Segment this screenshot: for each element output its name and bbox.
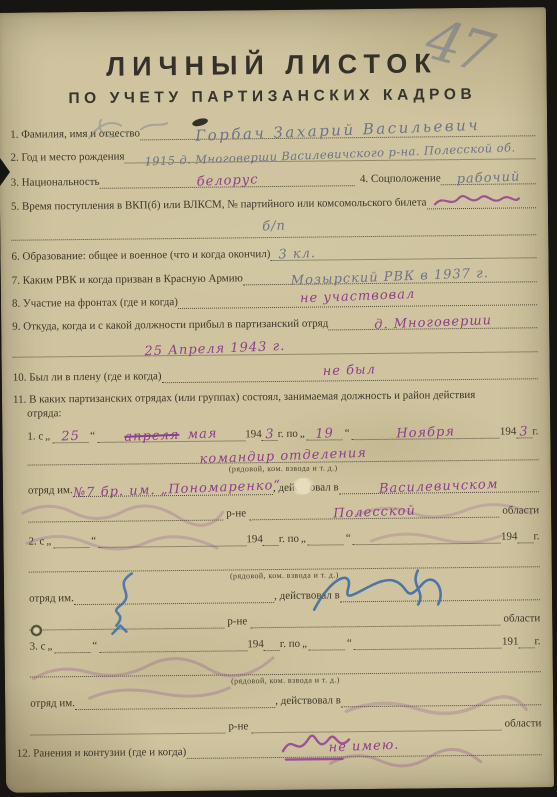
handwritten-day: 25 <box>61 430 80 444</box>
unit-row-dates: 3. с „ “ 194 г. по „ “ 191 г. <box>29 634 540 653</box>
handwritten-value: Мозырский РВК в 1937 г. <box>291 267 490 288</box>
handwritten-value: б/п <box>262 220 286 234</box>
field-party-line: 5. Время поступления в ВКП(б) или ВЛКСМ,… <box>11 194 536 213</box>
field-label: 2. Год и место рождения <box>10 151 124 165</box>
printed-text: г. <box>534 635 540 648</box>
handwritten-year-digit: 3 <box>519 425 529 438</box>
quote-mark: „ <box>44 535 53 548</box>
printed-text: , действовал в <box>273 481 339 495</box>
printed-year-prefix: 194 <box>500 425 517 438</box>
handwritten-value: 1915 д. Многоверши Василевичского р-на. … <box>144 141 515 168</box>
field-arrival-line: 9. Откуда, когда и с какой должности при… <box>12 314 537 333</box>
printed-text: отряд им. <box>29 592 74 605</box>
row-number: 1. с <box>27 430 43 443</box>
field-fronts-line: 8. Участие на фронтах (где и когда) не у… <box>12 291 537 310</box>
printed-text: г. <box>533 530 539 543</box>
printed-text: г. по <box>279 533 299 546</box>
field-captivity-line: 10. Был ли в плену (где и когда) не был <box>13 365 538 384</box>
unit-row-dates: 1. с „ 25 “ апрелямая 194 3 г. по „ 19 “… <box>27 424 538 443</box>
quote-mark: „ <box>300 638 309 651</box>
field-wounds-line: 12. Ранения и контузии (где и когда) не … <box>17 741 542 760</box>
handwritten-unit: №7 бр. им. „Пономаренко“ <box>73 479 282 500</box>
printed-year-prefix: 191 <box>502 635 519 648</box>
field-party-continuation: б/п <box>11 221 536 240</box>
quote-mark: “ <box>89 535 98 548</box>
handwritten-region: Полесской <box>333 504 416 520</box>
unit-row-detachment: отряд им. , действовал в <box>30 691 541 710</box>
handwritten-value: 25 Апреля 1943 г. <box>144 340 285 358</box>
printed-year-prefix: 194 <box>246 533 263 546</box>
field-label: 7. Каким РВК и когда призван в Красную А… <box>12 272 243 287</box>
printed-text: области <box>502 717 542 730</box>
handwritten-value: Горбач Захарий Васильевич <box>195 119 480 143</box>
printed-year-prefix: 194 <box>245 428 262 441</box>
printed-text: р-не <box>225 720 251 733</box>
handwritten-value: не участвовал <box>299 288 415 305</box>
quote-mark: “ <box>343 427 352 440</box>
printed-text: р-не <box>223 507 249 520</box>
printed-text: области <box>500 612 540 625</box>
handwritten-month: мая <box>187 426 218 442</box>
field-name-line: 1. Фамилия, имя и отчество Горбач Захари… <box>10 122 535 141</box>
field-units-heading: 11. В каких партизанских отрядах (или гр… <box>13 388 538 420</box>
form-paper: ЛИЧНЫЙ ЛИСТОК ПО УЧЕТУ ПАРТИЗАНСКИХ КАДР… <box>0 7 554 793</box>
form-title: ЛИЧНЫЙ ЛИСТОК <box>9 47 534 83</box>
row-number: 3. с <box>30 640 46 653</box>
handwritten-value: не имею. <box>328 739 399 755</box>
printed-text: г. по <box>280 638 300 651</box>
quote-mark: „ <box>298 428 307 441</box>
handwritten-value: д. Многоверши <box>374 314 492 332</box>
field-label: 9. Откуда, когда и с какой должности при… <box>12 317 328 333</box>
field-rvk-line: 7. Каким РВК и когда призван в Красную А… <box>12 268 537 287</box>
quote-mark: „ <box>43 430 52 443</box>
unit-row-dates: 2. с „ “ 194 г. по „ “ 194 г. <box>28 529 539 548</box>
unit-row-detachment: отряд им. , действовал в <box>29 586 540 605</box>
quote-mark: “ <box>345 637 354 650</box>
unit-row-detachment: отряд им. №7 бр. им. „Пономаренко“ , дей… <box>28 478 539 497</box>
printed-text: р-не <box>224 615 250 628</box>
printed-text: , действовал в <box>274 589 340 603</box>
field-label: 5. Время поступления в ВКП(б) или ВЛКСМ,… <box>11 196 427 213</box>
printed-text: отряд им. <box>28 484 73 497</box>
field-label: 6. Образование: общее и военное (что и к… <box>11 248 270 264</box>
quote-mark: “ <box>90 640 99 653</box>
quote-mark: „ <box>299 533 308 546</box>
quote-mark: “ <box>88 430 97 443</box>
printed-year-prefix: 194 <box>247 638 264 651</box>
handwritten-value: не был <box>323 363 377 378</box>
quote-mark: „ <box>45 640 54 653</box>
handwritten-value: белорус <box>196 173 258 188</box>
printed-text: отряд им. <box>30 697 75 710</box>
field-education-line: 6. Образование: общее и военное (что и к… <box>11 244 536 263</box>
field-birth-line: 2. Год и место рождения 1915 д. Многовер… <box>10 145 535 164</box>
handwritten-area: Василевичском <box>379 478 499 496</box>
field-label: 3. Национальность <box>11 176 100 190</box>
printed-text: г. <box>532 425 538 438</box>
handwritten-value: 3 кл. <box>278 247 316 261</box>
field-label: 8. Участие на фронтах (где и когда) <box>12 296 178 311</box>
printed-text: области <box>499 504 539 517</box>
field-label: 1. Фамилия, имя и отчество <box>10 127 140 141</box>
field-arrival-continuation: 25 Апреля 1943 г. <box>12 338 537 357</box>
unit-row-region: р-не Полесской области <box>28 503 539 522</box>
handwritten-value: рабочий <box>456 171 520 186</box>
unit-row-region: р-не области <box>29 611 540 630</box>
unit-row-region: р-не области <box>30 716 541 735</box>
handwritten-month-struck: апреля <box>124 428 180 445</box>
handwritten-day: 19 <box>315 427 334 441</box>
handwritten-month: Ноября <box>396 425 455 440</box>
form-subtitle: ПО УЧЕТУ ПАРТИЗАНСКИХ КАДРОВ <box>10 85 535 108</box>
field-label: 12. Ранения и контузии (где и когда) <box>17 746 187 761</box>
field-nationality-line: 3. Национальность белорус 4. Соцположени… <box>11 170 536 189</box>
printed-text: , действовал в <box>275 694 341 708</box>
printed-text: г. по <box>278 428 298 441</box>
field-label: 10. Был ли в плену (где и когда) <box>13 370 162 385</box>
field-label: 4. Соцположение <box>360 172 441 186</box>
handwritten-year-digit: 3 <box>265 428 275 441</box>
row-number: 2. с <box>28 535 44 548</box>
quote-mark: “ <box>344 532 353 545</box>
scanned-document-page: { "scan": { "corner_pencil_mark": "47", … <box>0 0 557 797</box>
printed-year-prefix: 194 <box>501 530 518 543</box>
